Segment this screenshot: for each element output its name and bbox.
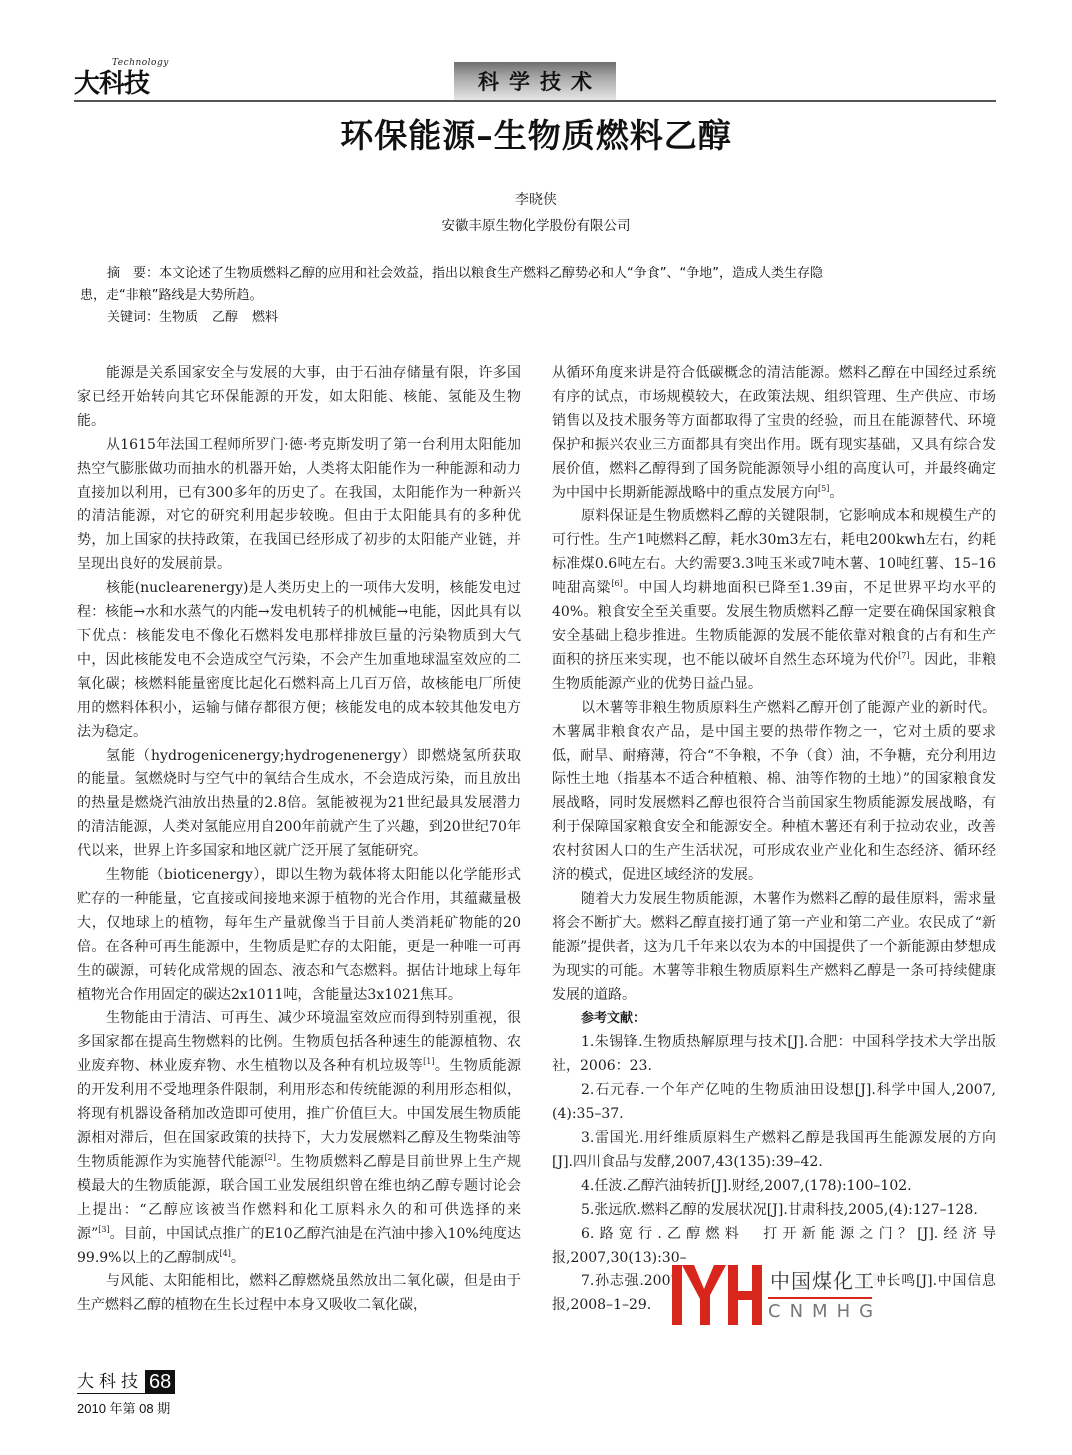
keywords-line: 关键词：生物质乙醇燃料 <box>80 307 1000 329</box>
citation: [7] <box>898 651 909 660</box>
references-heading: 参考文献： <box>552 1007 996 1031</box>
section-banner: 科学技术 <box>454 62 616 100</box>
keyword: 生物质 <box>159 310 198 325</box>
keywords-label: 关键词： <box>107 310 159 325</box>
citation: [2] <box>264 1153 275 1162</box>
abstract-label: 摘 要： <box>107 266 159 281</box>
logo-english-text: Technology <box>112 58 169 68</box>
reference-item: 5.张远欣.燃料乙醇的发展状况[J].甘肃科技,2005,(4):127–128… <box>552 1199 996 1223</box>
citation: [6] <box>611 579 622 588</box>
abstract-continuation: 患，走“非粮”路线是大势所趋。 <box>80 285 1000 307</box>
article-author: 李晓侠 <box>0 189 1072 209</box>
page-footer: 大科技 68 2010 年第 08 期 <box>77 1370 175 1417</box>
keyword: 燃料 <box>252 310 278 325</box>
reference-item: 4.任波.乙醇汽油转折[J].财经,2007,(178):100–102. <box>552 1175 996 1199</box>
reference-item: 3.雷国光.用纤维质原料生产燃料乙醇是我国再生能源发展的方向[J].四川食品与发… <box>552 1127 996 1175</box>
abstract-paragraph: 摘 要：本文论述了生物质燃料乙醇的应用和社会效益，指出以粮食生产燃料乙醇势必和人… <box>80 263 1000 285</box>
watermark-logo: 中国煤化工 CNMHG <box>672 1265 1012 1325</box>
cnmhg-logo-icon <box>672 1265 762 1325</box>
body-paragraph: 原料保证是生物质燃料乙醇的关键限制，它影响成本和规模生产的可行性。生产1吨燃料乙… <box>552 505 996 696</box>
reference-item: 1.朱锡锋.生物质热解原理与技术[J].合肥：中国科学技术大学出版社，2006：… <box>552 1031 996 1079</box>
citation: [1] <box>423 1057 434 1066</box>
page-number: 68 <box>145 1370 175 1393</box>
body-paragraph: 从1615年法国工程师所罗门·德·考克斯发明了第一台利用太阳能加热空气膨胀做功而… <box>77 434 521 577</box>
body-paragraph: 生物能（bioticenergy），即以生物为载体将太阳能以化学能形式贮存的一种… <box>77 864 521 1007</box>
article-title: 环保能源–生物质燃料乙醇 <box>0 110 1072 157</box>
body-paragraph: 与风能、太阳能相比，燃料乙醇燃烧虽然放出二氧化碳，但是由于生产燃料乙醇的植物在生… <box>77 1270 521 1318</box>
citation: [3] <box>98 1225 109 1234</box>
keyword: 乙醇 <box>212 310 238 325</box>
page-header: Technology 大科技 科学技术 <box>0 0 1072 104</box>
watermark-english: CNMHG <box>768 1301 884 1322</box>
reference-item: 6.路宽行.乙醇燃料 打开新能源之门？[J].经济导报,2007,30(13):… <box>552 1223 996 1271</box>
section-label: 科学技术 <box>468 66 602 96</box>
body-paragraph: 以木薯等非粮生物质原料生产燃料乙醇开创了能源产业的新时代。木薯属非粮食农产品，是… <box>552 697 996 888</box>
article-affiliation: 安徽丰原生物化学股份有限公司 <box>0 214 1072 234</box>
footer-brand: 大科技 68 <box>77 1370 175 1394</box>
header-divider <box>74 100 996 102</box>
body-column-left: 能源是关系国家安全与发展的大事，由于石油存储量有限，许多国家已经开始转向其它环保… <box>77 362 521 1318</box>
body-paragraph: 核能(nuclearenergy)是人类历史上的一项伟大发明，核能发电过程：核能… <box>77 577 521 744</box>
body-paragraph: 生物能由于清洁、可再生、减少环境温室效应而得到特别重视，很多国家都在提高生物燃料… <box>77 1007 521 1270</box>
body-paragraph: 随着大力发展生物质能源，木薯作为燃料乙醇的最佳原料，需求量将会不断扩大。燃料乙醇… <box>552 888 996 1008</box>
issue-info: 2010 年第 08 期 <box>77 1398 175 1417</box>
logo-chinese-text: 大科技 <box>74 68 149 100</box>
magazine-logo: Technology 大科技 <box>74 58 174 100</box>
body-paragraph: 从循环角度来讲是符合低碳概念的清洁能源。燃料乙醇在中国经过系统有序的试点，市场规… <box>552 362 996 505</box>
citation: [4] <box>219 1249 230 1258</box>
body-paragraph: 氢能（hydrogenicenergy;hydrogenenergy）即燃烧氢所… <box>77 745 521 865</box>
body-column-right: 从循环角度来讲是符合低碳概念的清洁能源。燃料乙醇在中国经过系统有序的试点，市场规… <box>552 362 996 1318</box>
body-paragraph: 能源是关系国家安全与发展的大事，由于石油存储量有限，许多国家已经开始转向其它环保… <box>77 362 521 434</box>
footer-magazine-name: 大科技 <box>77 1370 143 1393</box>
reference-item: 2.石元春.一个年产亿吨的生物质油田设想[J].科学中国人,2007,(4):3… <box>552 1079 996 1127</box>
abstract-text: 本文论述了生物质燃料乙醇的应用和社会效益，指出以粮食生产燃料乙醇势必和人“争食”… <box>159 266 823 281</box>
watermark-rule <box>768 1297 872 1299</box>
citation: [5] <box>818 484 829 493</box>
abstract-block: 摘 要：本文论述了生物质燃料乙醇的应用和社会效益，指出以粮食生产燃料乙醇势必和人… <box>80 263 1000 329</box>
watermark-chinese: 中国煤化工 <box>768 1265 877 1294</box>
